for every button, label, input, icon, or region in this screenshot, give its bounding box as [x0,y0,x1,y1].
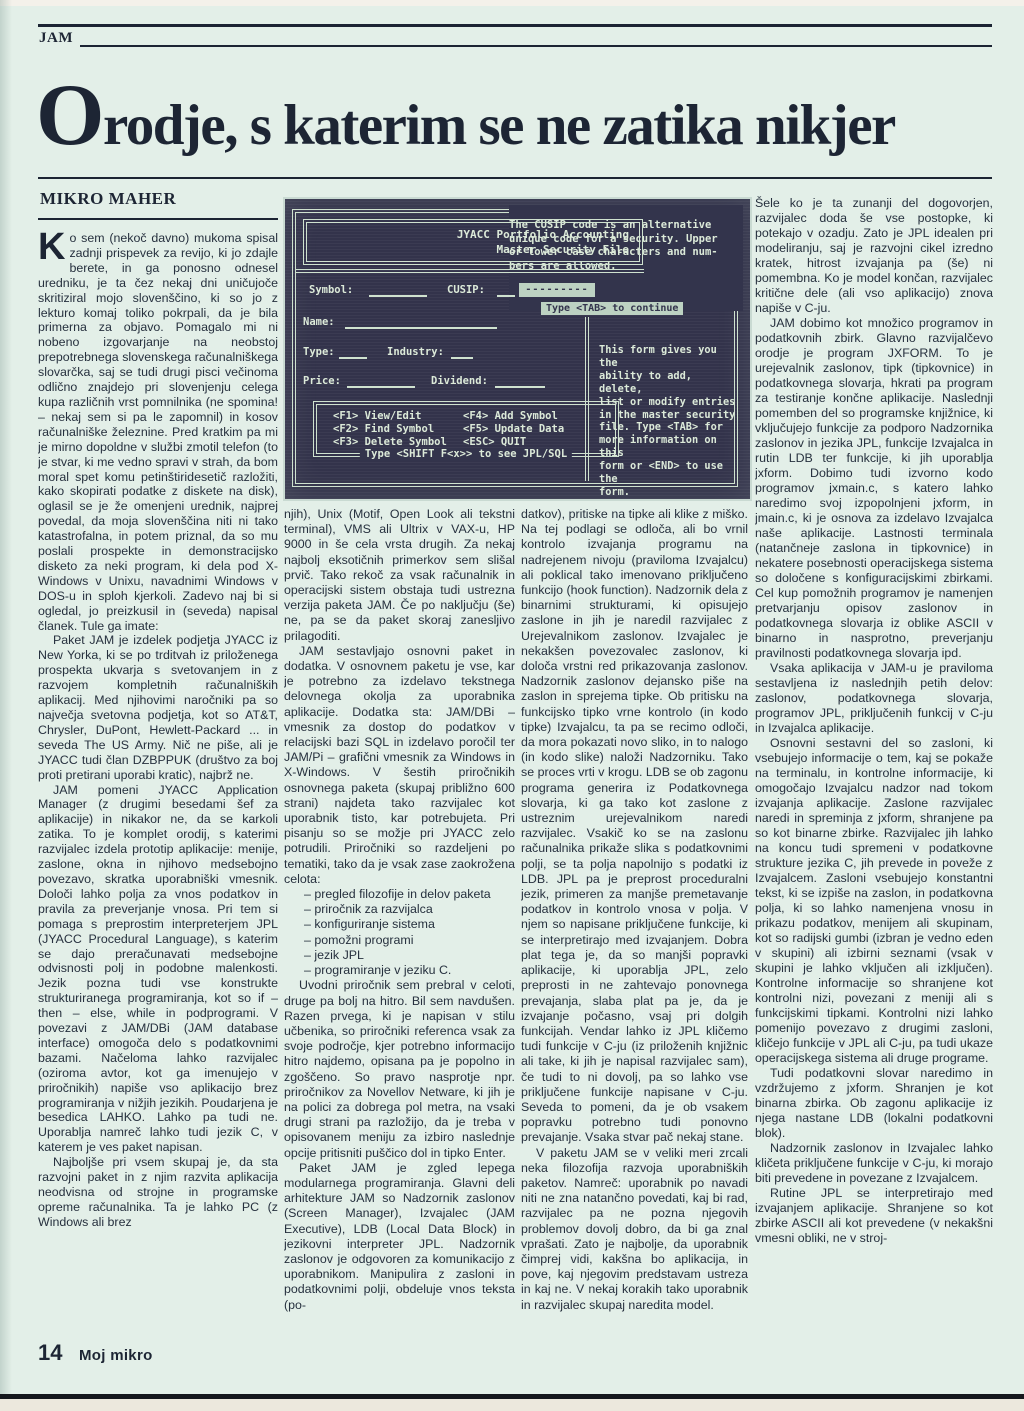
paragraph: V paketu JAM se v veliki meri zrcali nek… [521,1146,748,1313]
symbol-field-label: Symbol: [309,284,353,296]
industry-field-label: Industry: [387,346,444,358]
title-initial: O [36,67,103,164]
menu-item-f5-update-data: <F5> Update Data [463,423,564,435]
byline: MIKRO MAHER [40,189,176,209]
dividend-field-label: Dividend: [431,375,488,387]
paragraph: JAM pomeni JYACC Application Manager (z … [38,783,278,1156]
terminal-tab-prompt: Type <TAB> to continue [541,302,683,315]
terminal-title-box: JYACC Portfolio Accounting Master Securi… [303,219,643,265]
list-item: – programiranje v jeziku C. [284,963,515,978]
page-number: 14 [38,1340,62,1366]
menu-row: <F2> Find Symbol<F5> Update Data [333,423,615,436]
section-kicker: JAM [39,30,73,47]
cusip-field-label: CUSIP: [447,284,485,296]
paragraph: Paket JAM je izdelek podjetja JYACC iz N… [38,633,278,782]
price-field-input [347,386,415,388]
paragraph: Šele ko je ta zunanji del dogovorjen, ra… [755,196,993,316]
terminal-function-menu: <F1> View/Edit<F4> Add Symbol <F2> Find … [313,401,619,457]
list-item: – pomožni programi [284,933,515,948]
menu-item-f1-view-edit: <F1> View/Edit [333,410,463,423]
paragraph: njih), Unix (Motif, Open Look ali tekstn… [284,507,515,644]
terminal-header-divider [296,269,644,273]
magazine-page: JAM Orodje, s katerim se ne zatika nikje… [0,0,1024,1411]
cusip-field-input: --------- [519,283,595,297]
terminal-form-title: Master Security File [307,242,629,257]
paragraph: Osnovni sestavni del so zasloni, ki vseb… [755,736,993,1066]
paragraph: Vsaka aplikacija v JAM-u je praviloma se… [755,661,993,736]
menu-item-esc-quit: <ESC> QUIT [463,436,526,448]
paragraph: Uvodni priročnik sem prebral v celoti, d… [284,978,515,1160]
list-item: – priročnik za razvijalca [284,902,515,917]
top-rule [38,24,992,27]
page-edge-left [0,0,12,1411]
paragraph: Nadzornik zaslonov in Izvajalec lahko kl… [755,1141,993,1186]
dividend-field-input [495,386,545,388]
terminal-screenshot: The CUSIP code is an alternative unique … [283,197,752,501]
article-column-2: njih), Unix (Motif, Open Look ali tekstn… [284,507,515,1337]
type-field-input [339,357,367,359]
dropcap: K [38,231,69,262]
article-column-3: datkov), pritiske na tipke ali klike z m… [521,507,748,1337]
terminal-info-panel: This form gives you the ability to add, … [599,344,741,499]
industry-field-input [451,357,473,359]
list-item: – konfiguriranje sistema [284,917,515,932]
paragraph: Ko sem (nekoč davno) mukoma spisal zadnj… [38,231,278,633]
paragraph: Paket JAM je zgled lepega modularnega pr… [284,1161,515,1313]
menu-item-f2-find-symbol: <F2> Find Symbol [333,423,463,436]
page-edge-top [0,0,1024,6]
name-field-label: Name: [303,316,335,328]
cusip-field-line [497,295,515,297]
title-rest: rodje, s katerim se ne zatika nikjer [103,94,895,157]
paragraph: JAM dobimo kot množico programov in poda… [755,316,993,661]
price-field-label: Price: [303,375,341,387]
article-column-4: Šele ko je ta zunanji del dogovorjen, ra… [755,196,993,1342]
symbol-field-input [369,295,427,297]
byline-rule [38,218,278,220]
paragraph: Tudi podatkovni slovar naredimo in vzdrž… [755,1066,993,1141]
article-column-1: Ko sem (nekoč davno) mukoma spisal zadnj… [38,231,278,1337]
terminal-menu-footer: Type <SHIFT F<x>> to see JPL/SQL [360,448,572,461]
list-item: – jezik JPL [284,948,515,963]
menu-row: <F1> View/Edit<F4> Add Symbol [333,410,615,423]
article-title: Orodje, s katerim se ne zatika nikjer [36,70,895,172]
page-edge-bottom [0,1399,1024,1411]
list-item: – pregled filozofije in delov paketa [284,887,515,902]
paragraph: Rutine JPL se interpretirajo med izvajan… [755,1186,993,1246]
title-rule [38,177,992,179]
paragraph-text: o sem (nekoč davno) mukoma spisal zadnji… [38,231,278,633]
paragraph: JAM sestavljajo osnovni paket in dodatka… [284,644,515,887]
name-field-input [345,327,497,329]
magazine-name: Moj mikro [79,1347,153,1364]
type-field-label: Type: [303,346,335,358]
menu-item-f4-add-symbol: <F4> Add Symbol [463,410,558,422]
paragraph: datkov), pritiske na tipke ali klike z m… [521,507,748,1146]
terminal-app-title: JYACC Portfolio Accounting [307,227,629,242]
paragraph: Najboljše pri vsem skupaj je, da sta raz… [38,1155,278,1230]
kicker-rule [80,45,992,47]
